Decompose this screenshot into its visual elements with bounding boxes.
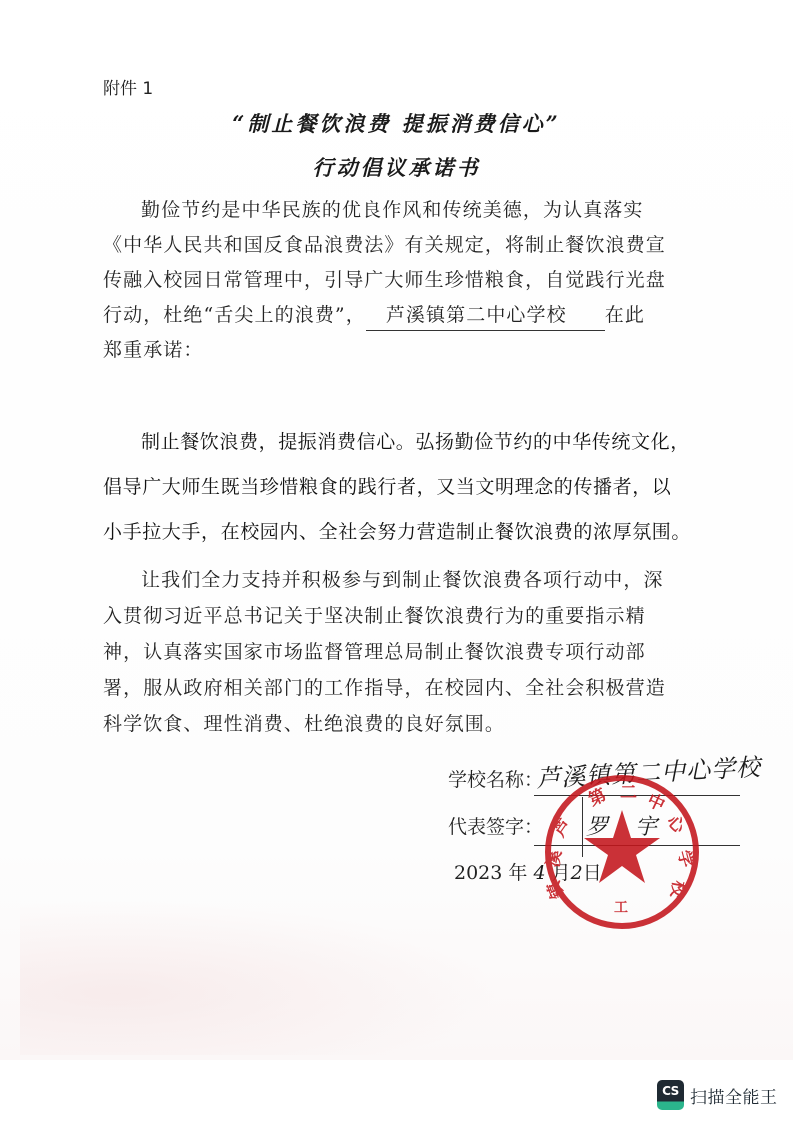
paragraph-intro: 勤俭节约是中华民族的优良作风和传统美德，为认真落实 《中华人民共和国反食品浪费法… bbox=[103, 193, 693, 368]
camscanner-app-name: 扫描全能王 bbox=[690, 1083, 778, 1108]
representative-signature: 罗 宇 bbox=[586, 810, 667, 841]
school-name-label: 学校名称： bbox=[448, 769, 543, 791]
school-name-row: 学校名称： 芦溪镇第二中心学校 bbox=[448, 765, 543, 792]
signature-divider bbox=[582, 797, 583, 857]
date-month: 4 bbox=[533, 862, 545, 884]
document-subtitle: 行动倡议承诺书 bbox=[0, 152, 793, 182]
date-row: 2023 年 4 月2日 bbox=[454, 858, 602, 885]
paragraph-line: 署，服从政府相关部门的工作指导，在校园内、全社会积极营造 bbox=[103, 670, 693, 706]
representative-row: 代表签字： 罗 宇 bbox=[448, 812, 543, 839]
signature-line bbox=[534, 845, 740, 846]
camscanner-logo-icon: CS bbox=[657, 1080, 684, 1110]
document-title: “制止餐饮浪费 提振消费信心” bbox=[0, 108, 793, 138]
paragraph-line: 入贯彻习近平总书记关于坚决制止餐饮浪费行为的重要指示精 bbox=[103, 598, 693, 634]
paragraph-call-to-action: 让我们全力支持并积极参与到制止餐饮浪费各项行动中，深 入贯彻习近平总书记关于坚决… bbox=[103, 562, 693, 742]
date-day: 2 bbox=[571, 862, 583, 884]
paragraph-line: 小手拉大手，在校园内、全社会努力营造制止餐饮浪费的浓厚氛围。 bbox=[103, 510, 693, 555]
paragraph-line-with-blank: 行动，杜绝“舌尖上的浪费”，芦溪镇第二中心学校在此 bbox=[103, 298, 693, 333]
paragraph-line: 制止餐饮浪费，提振消费信心。弘扬勤俭节约的中华传统文化， bbox=[103, 420, 693, 465]
date-year: 2023 bbox=[454, 862, 502, 884]
date-year-unit: 年 bbox=[508, 862, 527, 884]
line-prefix: 行动，杜绝“舌尖上的浪费”， bbox=[103, 304, 366, 326]
paragraph-commitment: 制止餐饮浪费，提振消费信心。弘扬勤俭节约的中华传统文化， 倡导广大师生既当珍惜粮… bbox=[103, 420, 693, 555]
paragraph-line: 《中华人民共和国反食品浪费法》有关规定，将制止餐饮浪费宣 bbox=[103, 228, 693, 263]
date-month-unit: 月 bbox=[552, 862, 571, 884]
annex-label: 附件 1 bbox=[103, 74, 153, 99]
paragraph-line: 传融入校园日常管理中，引导广大师生珍惜粮食，自觉践行光盘 bbox=[103, 263, 693, 298]
camscanner-watermark: CS 扫描全能王 bbox=[657, 1079, 778, 1111]
paragraph-line: 神，认真落实国家市场监督管理总局制止餐饮浪费专项行动部 bbox=[103, 634, 693, 670]
line-suffix: 在此 bbox=[605, 304, 645, 326]
paragraph-line: 勤俭节约是中华民族的优良作风和传统美德，为认真落实 bbox=[103, 193, 693, 228]
date-day-unit: 日 bbox=[583, 862, 602, 884]
paragraph-line: 郑重承诺： bbox=[103, 333, 693, 368]
paper-shadow bbox=[20, 900, 500, 1055]
signature-line bbox=[534, 795, 740, 796]
representative-label: 代表签字： bbox=[448, 816, 543, 838]
paragraph-line: 科学饮食、理性消费、杜绝浪费的良好氛围。 bbox=[103, 706, 693, 742]
paragraph-line: 倡导广大师生既当珍惜粮食的践行者，又当文明理念的传播者，以 bbox=[103, 465, 693, 510]
school-name-blank: 芦溪镇第二中心学校 bbox=[366, 300, 605, 331]
paragraph-line: 让我们全力支持并积极参与到制止餐饮浪费各项行动中，深 bbox=[103, 562, 693, 598]
